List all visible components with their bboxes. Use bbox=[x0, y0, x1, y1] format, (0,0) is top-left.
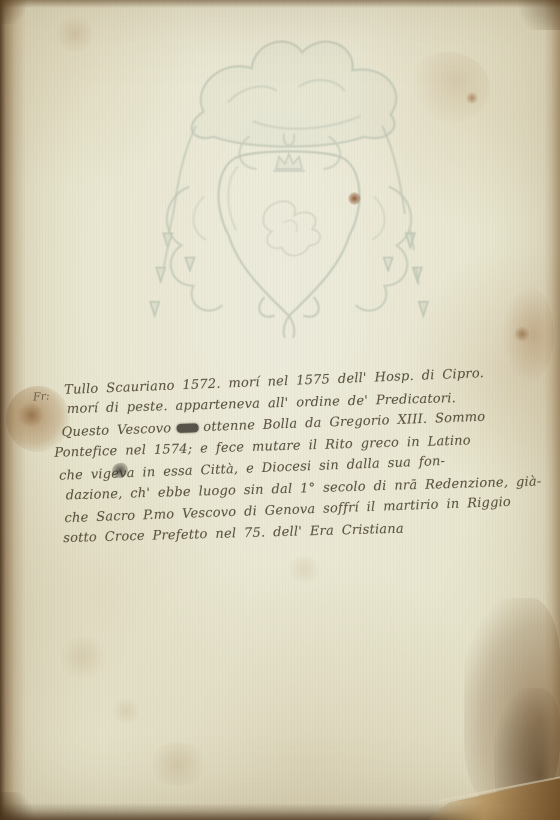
corner-shadow-top-left bbox=[0, 0, 34, 24]
cartouche-shield bbox=[219, 151, 360, 316]
episcopal-coat-of-arms-drawing bbox=[133, 16, 445, 338]
handwritten-text-block: Tullo Scauriano 1572. morí nel 1575 dell… bbox=[42, 365, 547, 553]
page-edge-left bbox=[0, 0, 26, 820]
corner-shadow-bottom-left bbox=[0, 792, 40, 820]
document-page: Fr: Tullo Scauriano 1572. morí nel 1575 … bbox=[0, 0, 560, 820]
tassels-left bbox=[150, 233, 194, 316]
foxing-stain bbox=[146, 742, 210, 786]
page-edge-right bbox=[544, 0, 560, 820]
scroll-ornament-right bbox=[356, 187, 411, 311]
foxing-stain bbox=[514, 326, 530, 342]
foxing-stain bbox=[18, 402, 44, 428]
corner-stain bbox=[464, 598, 560, 804]
foxing-stain bbox=[56, 636, 110, 678]
foxing-stain bbox=[466, 92, 478, 104]
foxing-stain bbox=[110, 698, 142, 724]
foxing-stain bbox=[406, 52, 490, 124]
foxing-stain bbox=[348, 192, 361, 205]
small-crown bbox=[274, 154, 304, 171]
galero-hat bbox=[192, 42, 397, 169]
page-edge-top bbox=[0, 0, 560, 8]
manuscript-line-text: Questo Vescovo bbox=[61, 421, 171, 440]
foxing-stain bbox=[284, 556, 324, 582]
corner-shadow-top-right bbox=[508, 0, 560, 30]
ink-blot bbox=[176, 423, 198, 433]
scroll-ornament-left bbox=[167, 187, 222, 311]
hat-cords bbox=[164, 127, 419, 284]
bottom-finial bbox=[259, 298, 318, 338]
tassels-right bbox=[384, 233, 428, 316]
foxing-stain bbox=[54, 16, 96, 52]
shield-charge-sketch bbox=[263, 201, 320, 255]
